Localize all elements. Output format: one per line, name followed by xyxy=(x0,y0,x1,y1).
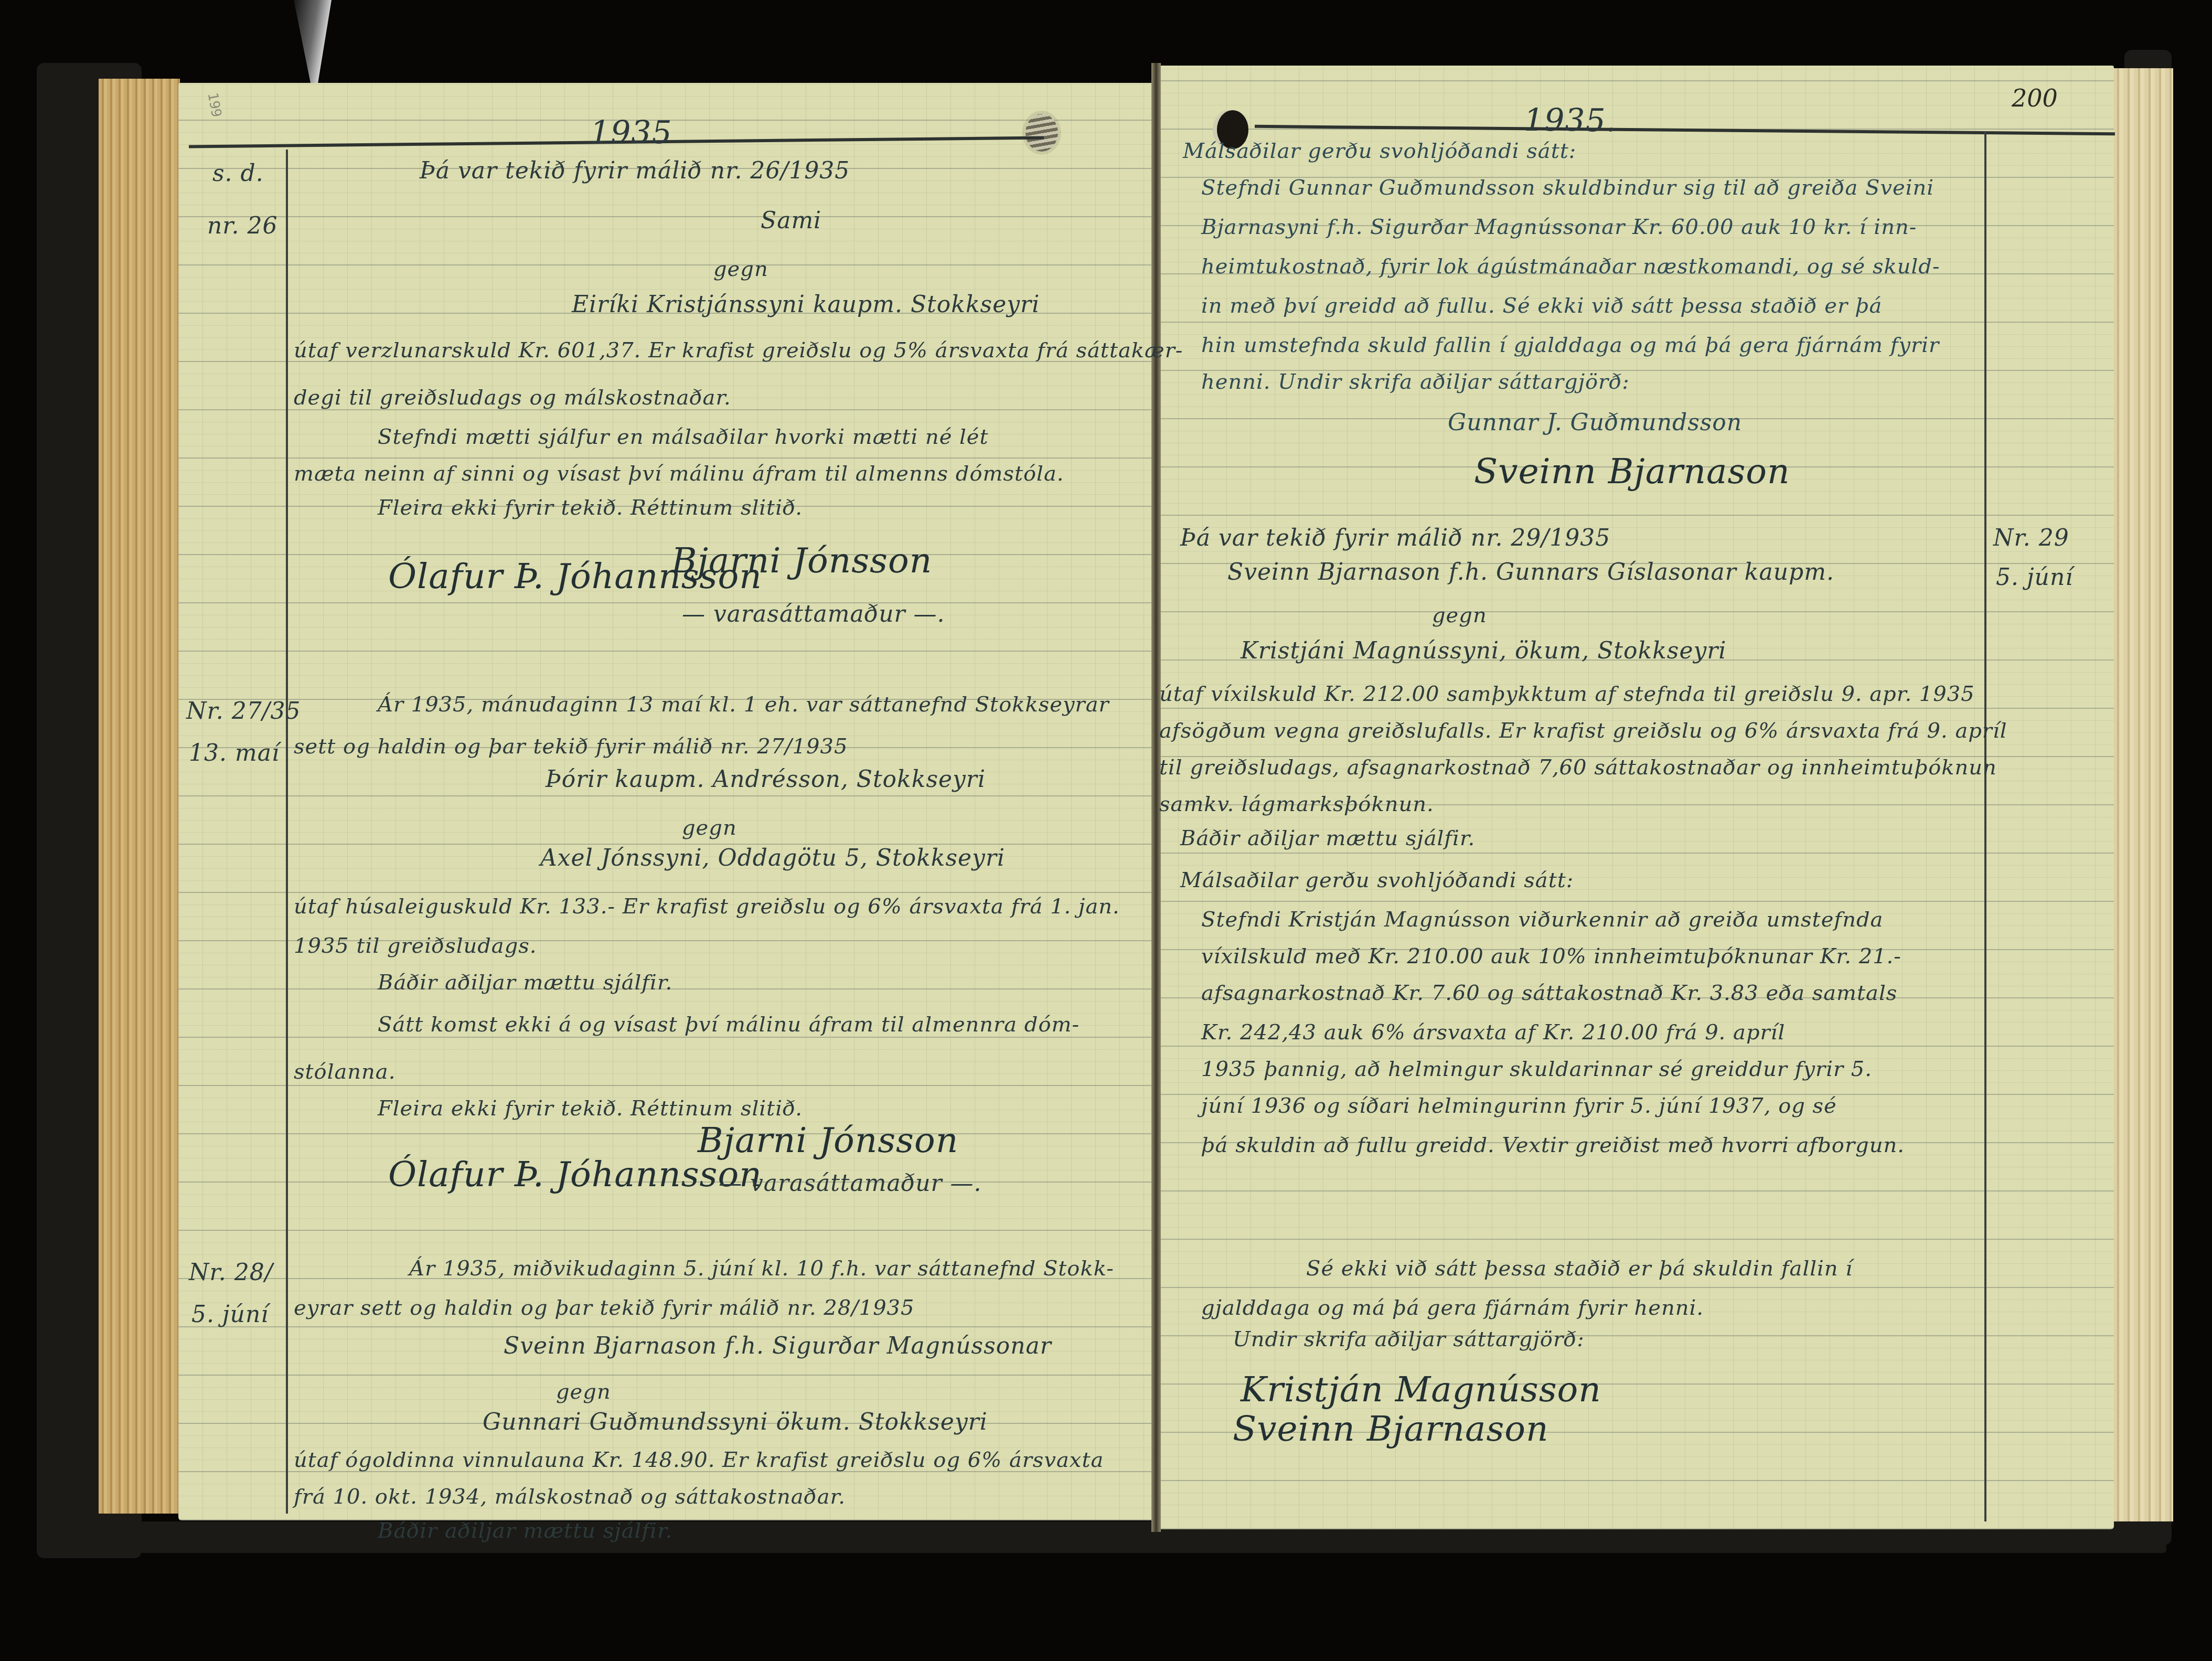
entry-line: Undir skrifa aðiljar sáttargjörð: xyxy=(1233,1327,1585,1351)
entry-line: 1935 þannig, að helmingur skuldarinnar s… xyxy=(1201,1057,1872,1081)
entry-line: útaf húsaleiguskuld Kr. 133.- Er krafist… xyxy=(294,895,1120,919)
binding-hole-left xyxy=(1025,114,1058,152)
entry-line: útaf verzlunarskuld Kr. 601,37. Er krafi… xyxy=(294,338,1183,363)
entry-line: útaf ógoldinna vinnulauna Kr. 148.90. Er… xyxy=(294,1448,1104,1472)
entry-line: Þá var tekið fyrir málið nr. 26/1935 xyxy=(420,157,850,184)
entry-line: Þá var tekið fyrir málið nr. 29/1935 xyxy=(1180,525,1610,551)
entry-line: Sé ekki við sátt þessa staðið er þá skul… xyxy=(1306,1257,1853,1281)
entry-line: Báðir aðiljar mættu sjálfir. xyxy=(378,1519,672,1543)
entry-line: þá skuldin að fullu greidd. Vextir greið… xyxy=(1201,1133,1905,1157)
entry-line: Báðir aðiljar mættu sjálfir. xyxy=(1180,826,1475,850)
left-year-heading: 1935 xyxy=(590,114,672,151)
entry-line: júní 1936 og síðari helmingurinn fyrir 5… xyxy=(1201,1094,1837,1118)
entry-line: Málsaðilar gerðu svohljóðandi sátt: xyxy=(1183,139,1576,163)
page-stack-right xyxy=(2113,68,2173,1521)
entry-line: gegn xyxy=(1432,603,1487,627)
entry-line: afsagnarkostnað Kr. 7.60 og sáttakostnað… xyxy=(1201,981,1897,1005)
right-year-heading: 1935. xyxy=(1524,102,1617,139)
entry-line: Axel Jónssyni, Oddagötu 5, Stokkseyri xyxy=(540,845,1005,871)
entry-line: útaf víxilskuld Kr. 212.00 samþykktum af… xyxy=(1159,682,1975,706)
entry-line: in með því greidd að fullu. Sé ekki við … xyxy=(1201,294,1882,318)
page-number: 200 xyxy=(2012,84,2058,112)
entry-line: Ár 1935, miðvikudaginn 5. júní kl. 10 f.… xyxy=(409,1257,1114,1281)
entry-line: sett og haldin og þar tekið fyrir málið … xyxy=(294,734,848,759)
signature-title: — varasáttamaður —. xyxy=(682,601,945,627)
signature: Sveinn Bjarnason xyxy=(1233,1409,1549,1449)
entry-line: Gunnari Guðmundssyni ökum. Stokkseyri xyxy=(483,1409,988,1435)
entry-line: afsögðum vegna greiðslufalls. Er krafist… xyxy=(1159,719,2007,743)
entry-line: Stefndi Gunnar Guðmundsson skuldbindur s… xyxy=(1201,176,1934,200)
entry-line: gjalddaga og má þá gera fjárnám fyrir he… xyxy=(1201,1296,1704,1320)
entry-line: Ár 1935, mánudaginn 13 maí kl. 1 eh. var… xyxy=(378,693,1109,717)
entry-line: hin umstefnda skuld fallin í gjalddaga o… xyxy=(1201,333,1939,357)
entry-line: Sátt komst ekki á og vísast því málinu á… xyxy=(378,1013,1080,1037)
right-margin-line xyxy=(1984,131,1986,1521)
entry-line: 1935 til greiðsludags. xyxy=(294,934,537,958)
margin-case-number: Nr. 27/35 xyxy=(186,698,301,725)
margin-case-number: nr. 26 xyxy=(207,212,278,239)
entry-line: Kristjáni Magnússyni, ökum, Stokkseyri xyxy=(1241,637,1726,664)
entry-line: Sami xyxy=(761,207,821,234)
signature: Sveinn Bjarnason xyxy=(1474,451,1790,492)
margin-case-number: Nr. 28/ xyxy=(189,1259,273,1286)
entry-line: til greiðsludags, afsagnarkostnað 7,60 s… xyxy=(1159,755,1997,780)
signature: Bjarni Jónsson xyxy=(671,540,932,581)
page-stack-left xyxy=(99,79,180,1514)
entry-line: Sveinn Bjarnason f.h. Gunnars Gíslasonar… xyxy=(1227,559,1834,585)
margin-date: 5. júní xyxy=(1996,564,2073,591)
entry-line: Kr. 242,43 auk 6% ársvaxta af Kr. 210.00… xyxy=(1201,1020,1785,1045)
entry-line: degi til greiðsludags og málskostnaðar. xyxy=(294,386,731,410)
margin-date: 5. júní xyxy=(191,1301,269,1328)
signature-title: — varasáttamaður —. xyxy=(719,1170,982,1197)
entry-line: stólanna. xyxy=(294,1060,396,1084)
entry-line: gegn xyxy=(556,1380,611,1404)
margin-date: 13. maí xyxy=(189,740,280,766)
signature: Kristján Magnússon xyxy=(1241,1369,1601,1410)
margin-case-number: Nr. 29 xyxy=(1993,525,2069,551)
entry-line: Sveinn Bjarnason f.h. Sigurðar Magnússon… xyxy=(504,1333,1052,1359)
signature: Bjarni Jónsson xyxy=(698,1120,958,1160)
entry-line: eyrar sett og haldin og þar tekið fyrir … xyxy=(294,1296,914,1320)
entry-line: gegn xyxy=(713,257,768,281)
left-margin-line xyxy=(286,150,288,1514)
margin-date: s. d. xyxy=(212,160,264,187)
entry-line: Fleira ekki fyrir tekið. Réttinum slitið… xyxy=(378,496,803,520)
entry-line: Fleira ekki fyrir tekið. Réttinum slitið… xyxy=(378,1096,803,1121)
entry-line: gegn xyxy=(682,816,737,840)
entry-line: frá 10. okt. 1934, málskostnað og sáttak… xyxy=(294,1485,846,1509)
entry-line: Stefndi mætti sjálfur en málsaðilar hvor… xyxy=(378,425,989,449)
entry-line: mæta neinn af sinni og vísast því málinu… xyxy=(294,462,1064,486)
signature: Gunnar J. Guðmundsson xyxy=(1448,409,1742,436)
entry-line: henni. Undir skrifa aðiljar sáttargjörð: xyxy=(1201,370,1630,394)
entry-line: samkv. lágmarksþóknun. xyxy=(1159,792,1434,816)
entry-line: Þórir kaupm. Andrésson, Stokkseyri xyxy=(546,766,986,793)
entry-line: Stefndi Kristján Magnússon viðurkennir a… xyxy=(1201,908,1883,932)
entry-line: Bjarnasyni f.h. Sigurðar Magnússonar Kr.… xyxy=(1201,215,1917,239)
entry-line: víxilskuld með Kr. 210.00 auk 10% innhei… xyxy=(1201,944,1901,968)
entry-line: heimtukostnað, fyrir lok ágústmánaðar næ… xyxy=(1201,254,1940,279)
entry-line: Málsaðilar gerðu svohljóðandi sátt: xyxy=(1180,868,1574,892)
entry-line: Báðir aðiljar mættu sjálfir. xyxy=(378,971,672,995)
entry-line: Eiríki Kristjánssyni kaupm. Stokkseyri xyxy=(572,291,1040,318)
